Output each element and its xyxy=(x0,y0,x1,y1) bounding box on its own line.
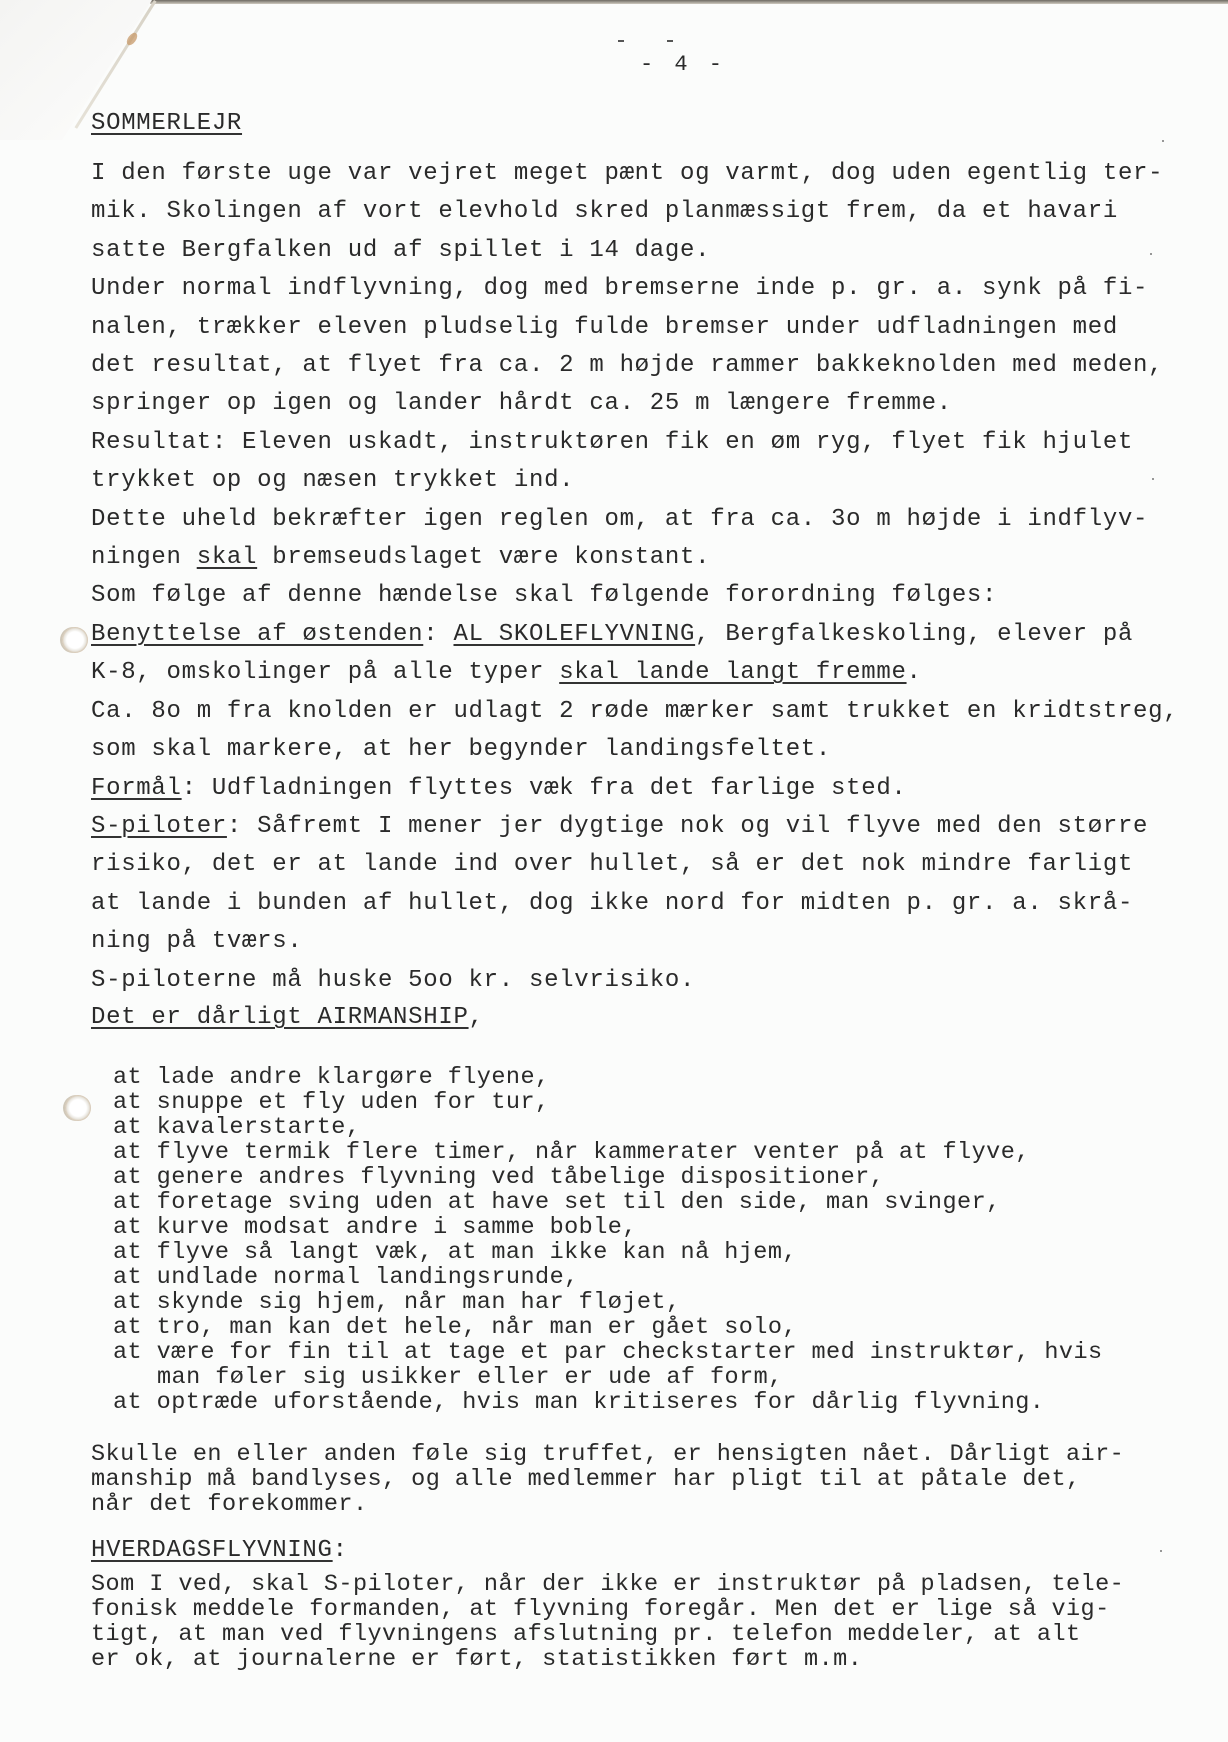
body-line: Under normal indflyvning, dog med bremse… xyxy=(91,270,1178,308)
emphasis-lande-langt-fremme: skal lande langt fremme xyxy=(559,659,906,686)
list-item: at foretage sving uden at have set til d… xyxy=(113,1190,1103,1215)
body-line: ningen skal bremseudslaget være konstant… xyxy=(91,539,1178,577)
heading-underlined: Det er dårligt AIRMANSHIP xyxy=(91,1004,469,1031)
body-line: Skulle en eller anden føle sig truffet, … xyxy=(91,1442,1124,1467)
text: . xyxy=(907,659,922,686)
list-item: at skynde sig hjem, når man har fløjet, xyxy=(113,1290,1103,1315)
body-line: risiko, det er at lande ind over hullet,… xyxy=(91,846,1178,884)
list-item: at kavalerstarte, xyxy=(113,1115,1103,1140)
emphasis-benyttelse: Benyttelse af østenden xyxy=(91,621,423,648)
page-number: - 4 - xyxy=(640,52,726,77)
emphasis-s-piloter: S-piloter xyxy=(91,813,227,840)
list-item: at være for fin til at tage et par check… xyxy=(113,1340,1103,1365)
punch-hole-upper xyxy=(62,627,88,653)
body-line: tigt, at man ved flyvningens afslutning … xyxy=(91,1622,1124,1647)
body-line: Formål: Udfladningen flyttes væk fra det… xyxy=(91,770,1178,808)
airmanship-list: at lade andre klargøre flyene, at snuppe… xyxy=(91,1065,1103,1415)
body-line: som skal markere, at her begynder landin… xyxy=(91,731,1178,769)
list-item: at undlade normal landingsrunde, xyxy=(113,1265,1103,1290)
body-line: Benyttelse af østenden: AL SKOLEFLYVNING… xyxy=(91,616,1178,654)
text: K-8, omskolinger på alle typer xyxy=(91,659,559,686)
paper-top-edge xyxy=(150,0,1228,4)
heading-text: SOMMERLEJR xyxy=(91,110,242,137)
list-item-continuation: man føler sig usikker eller er ude af fo… xyxy=(113,1365,1103,1390)
text: , xyxy=(469,1004,484,1031)
body-line: nalen, trækker eleven pludselig fulde br… xyxy=(91,309,1178,347)
stray-mark xyxy=(1162,140,1164,142)
list-item: at kurve modsat andre i samme boble, xyxy=(113,1215,1103,1240)
list-item: at lade andre klargøre flyene, xyxy=(113,1065,1103,1090)
emphasis-skal: skal xyxy=(197,544,257,571)
body-line: er ok, at journalerne er ført, statistik… xyxy=(91,1647,1124,1672)
text: : Såfremt I mener jer dygtige nok og vil… xyxy=(227,813,1148,840)
list-item: at flyve termik flere timer, når kammera… xyxy=(113,1140,1103,1165)
body-line: Ca. 8o m fra knolden er udlagt 2 røde mæ… xyxy=(91,693,1178,731)
body-line: manship må bandlyses, og alle medlemmer … xyxy=(91,1467,1124,1492)
body-line: det resultat, at flyet fra ca. 2 m højde… xyxy=(91,347,1178,385)
body-line: K-8, omskolinger på alle typer skal land… xyxy=(91,654,1178,692)
body-line: fonisk meddele formanden, at flyvning fo… xyxy=(91,1597,1124,1622)
text: , Bergfalkeskoling, elever på xyxy=(695,621,1133,648)
body-line: satte Bergfalken ud af spillet i 14 dage… xyxy=(91,232,1178,270)
body-line: ning på tværs. xyxy=(91,923,1178,961)
body-line: Dette uheld bekræfter igen reglen om, at… xyxy=(91,501,1178,539)
body-line: at lande i bunden af hullet, dog ikke no… xyxy=(91,885,1178,923)
body-line: S-piloterne må huske 5oo kr. selvrisiko. xyxy=(91,962,1178,1000)
list-item: at genere andres flyvning ved tåbelige d… xyxy=(113,1165,1103,1190)
body-line: Som I ved, skal S-piloter, når der ikke … xyxy=(91,1572,1124,1597)
section-heading-sommerlejr: SOMMERLEJR xyxy=(91,110,242,137)
section-heading-airmanship: Det er dårligt AIRMANSHIP, xyxy=(91,1004,484,1031)
stray-mark xyxy=(1160,1550,1162,1552)
emphasis-skoleflyvning: AL SKOLEFLYVNING xyxy=(453,621,695,648)
heading-text: HVERDAGSFLYVNING: xyxy=(91,1537,348,1564)
text: : xyxy=(423,621,453,648)
heading-text: Det er dårligt AIRMANSHIP, xyxy=(91,1004,484,1031)
list-item: at optræde uforstående, hvis man kritise… xyxy=(113,1390,1103,1415)
body-line: Resultat: Eleven uskadt, instruktøren fi… xyxy=(91,424,1178,462)
body-line: mik. Skolingen af vort elevhold skred pl… xyxy=(91,193,1178,231)
section-heading-hverdagsflyvning: HVERDAGSFLYVNING: xyxy=(91,1537,348,1564)
text: bremseudslaget være konstant. xyxy=(257,544,710,571)
text: : xyxy=(333,1537,348,1564)
body-line: Som følge af denne hændelse skal følgend… xyxy=(91,577,1178,615)
emphasis-formaal: Formål xyxy=(91,775,182,802)
body-line: springer op igen og lander hårdt ca. 25 … xyxy=(91,385,1178,423)
list-item: at flyve så langt væk, at man ikke kan n… xyxy=(113,1240,1103,1265)
heading-underlined: HVERDAGSFLYVNING xyxy=(91,1537,333,1564)
text: ningen xyxy=(91,544,197,571)
body-line: I den første uge var vejret meget pænt o… xyxy=(91,155,1178,193)
body-line: trykket op og næsen trykket ind. xyxy=(91,462,1178,500)
airmanship-closing: Skulle en eller anden føle sig truffet, … xyxy=(91,1442,1124,1517)
body-line: S-piloter: Såfremt I mener jer dygtige n… xyxy=(91,808,1178,846)
everyday-body: Som I ved, skal S-piloter, når der ikke … xyxy=(91,1572,1124,1672)
text: : Udfladningen flyttes væk fra det farli… xyxy=(182,775,907,802)
stray-mark xyxy=(618,40,624,42)
summer-body: I den første uge var vejret meget pænt o… xyxy=(91,155,1178,1000)
body-line: når det forekommer. xyxy=(91,1492,1124,1517)
list-item: at snuppe et fly uden for tur, xyxy=(113,1090,1103,1115)
stray-mark xyxy=(667,40,673,42)
list-item: at tro, man kan det hele, når man er gåe… xyxy=(113,1315,1103,1340)
punch-hole-lower xyxy=(65,1095,91,1121)
